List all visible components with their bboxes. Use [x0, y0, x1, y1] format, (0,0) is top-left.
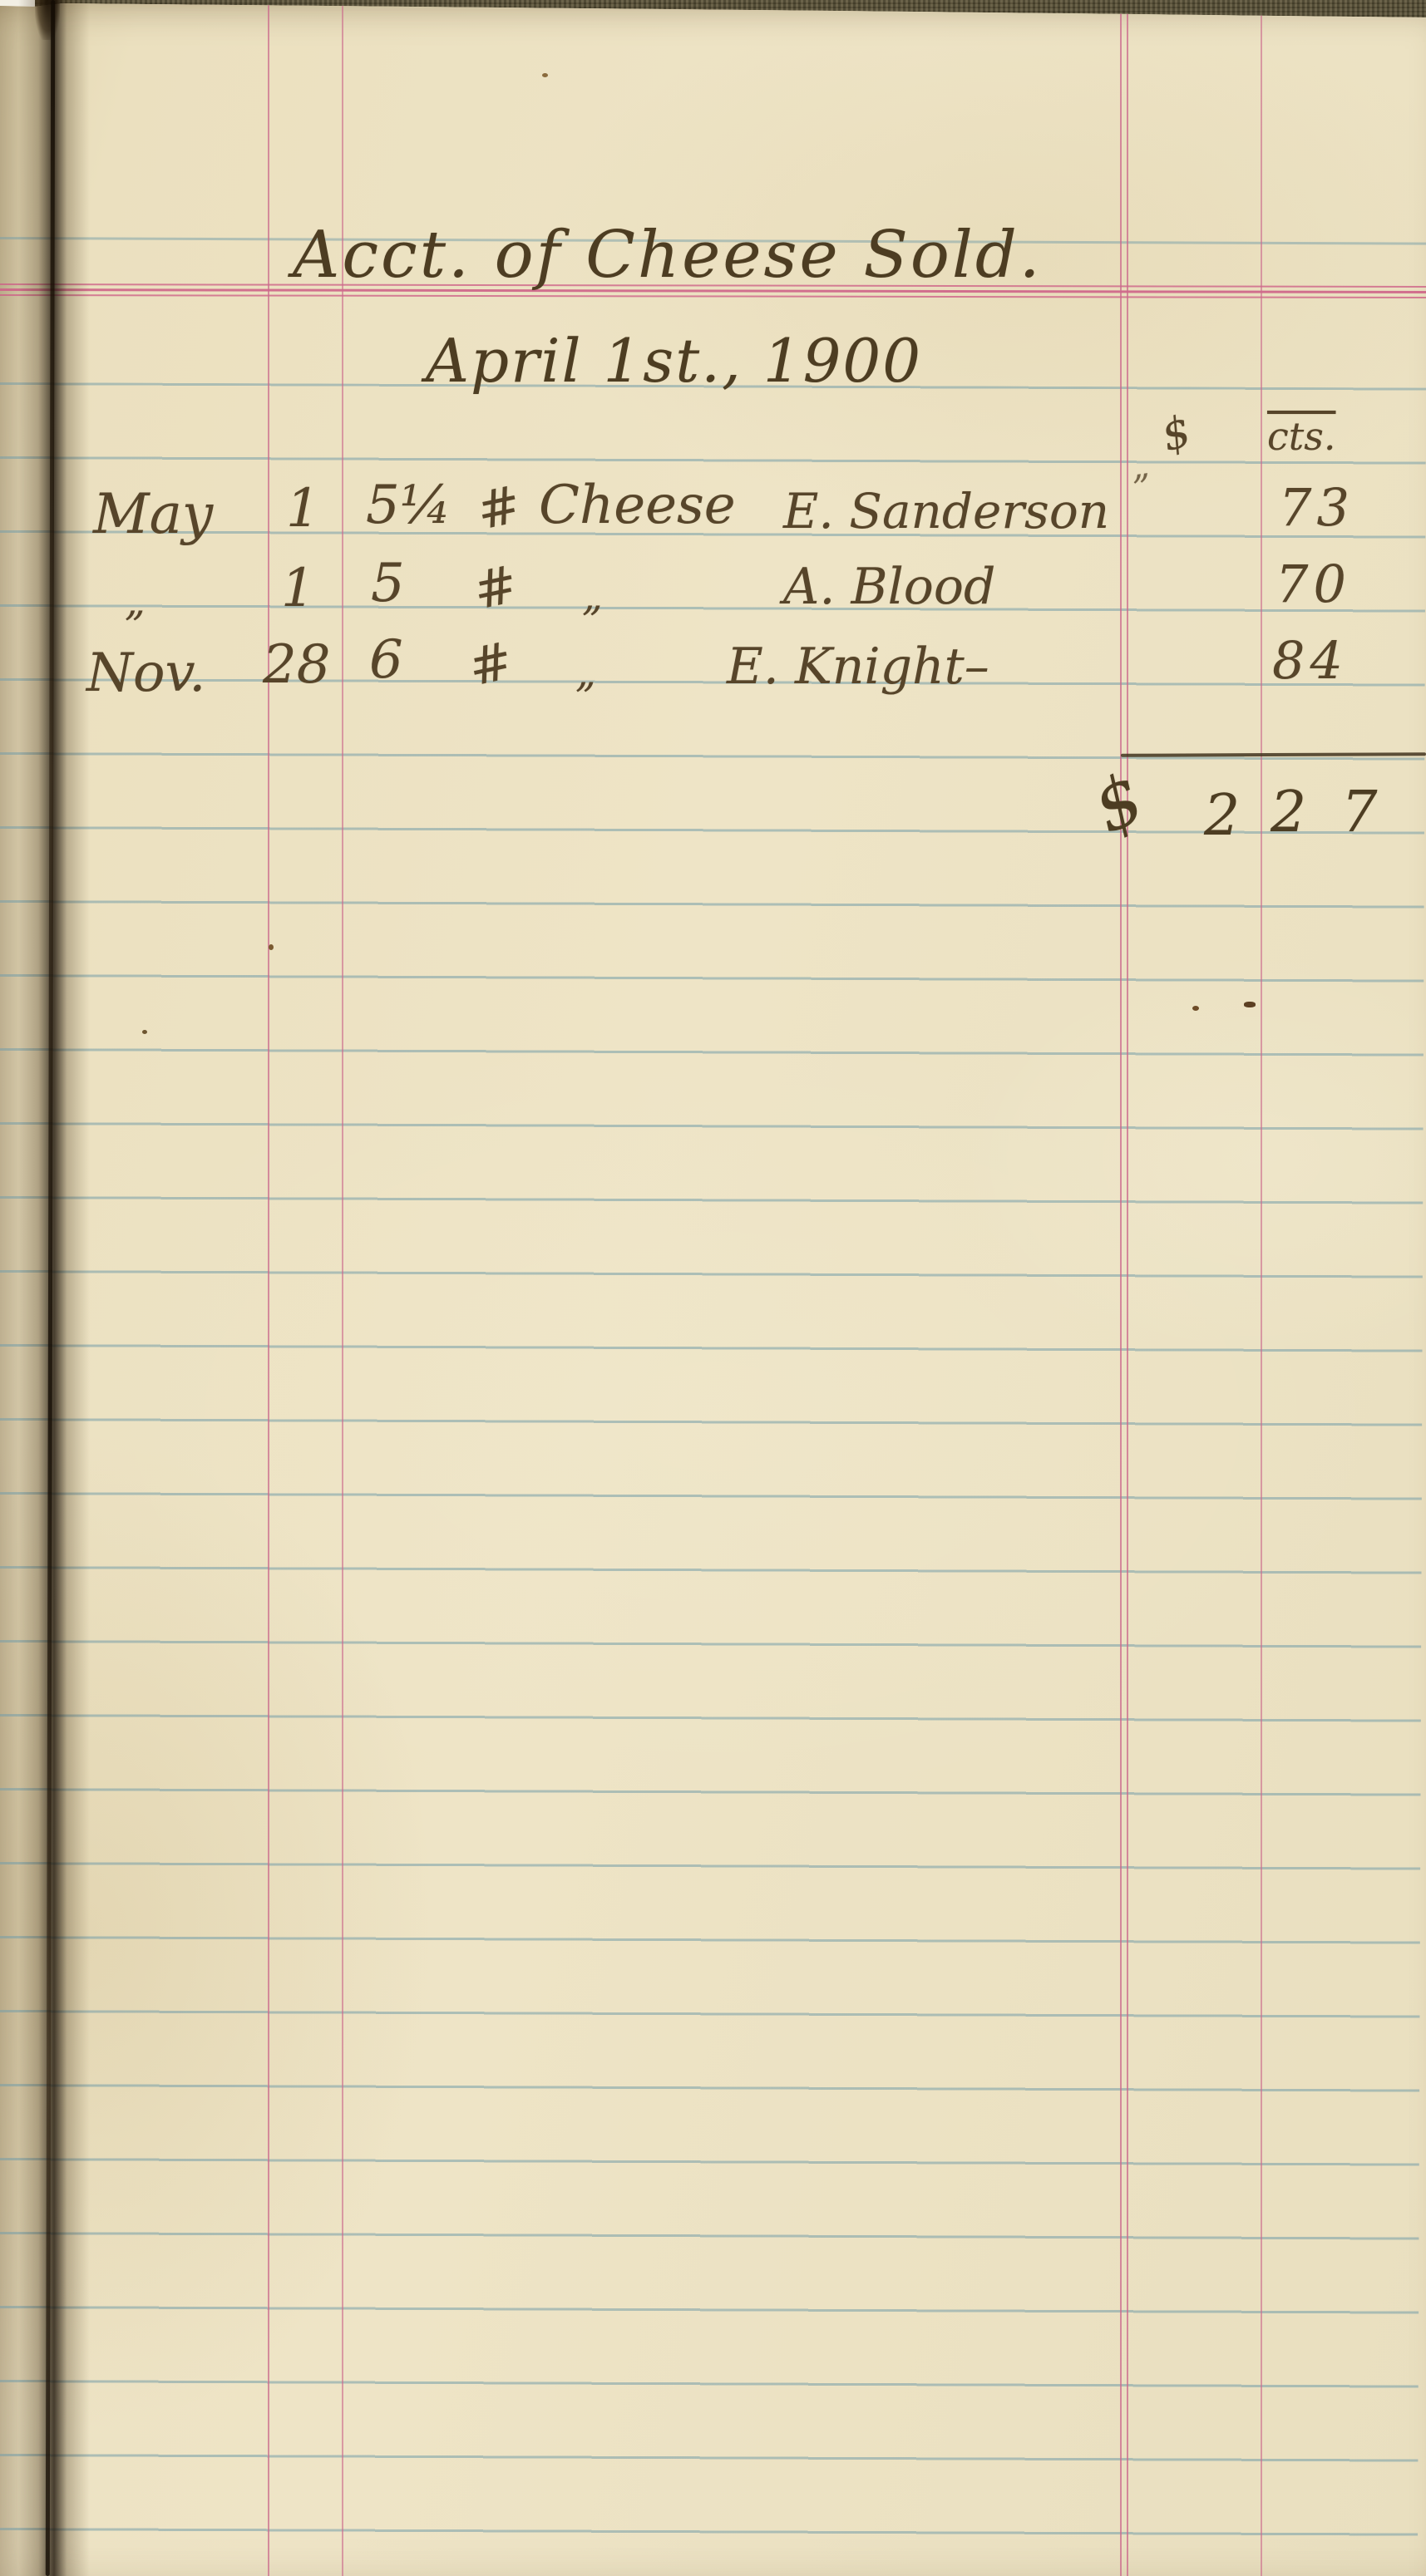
- entry-amount-cents: 84: [1272, 635, 1348, 687]
- entry-month-ditto: „: [125, 582, 146, 622]
- page-title: Acct. of Cheese Sold.: [293, 223, 1043, 288]
- entry-month: Nov.: [86, 647, 205, 700]
- entry-day: 28: [263, 638, 330, 692]
- entry-item-ditto: „: [575, 653, 596, 693]
- column-rule-date-right: [342, 3, 343, 2576]
- header-rule-pink: [0, 294, 1426, 298]
- paper-speck: [1244, 1002, 1256, 1007]
- column-header-cents-label: cts.: [1267, 417, 1335, 456]
- column-rule-date-left: [268, 3, 269, 2576]
- scanned-ledger-photo: Acct. of Cheese Sold. April 1st., 1900 $…: [0, 0, 1426, 2576]
- entry-day: 1: [281, 562, 315, 615]
- entry-item-ditto: „: [582, 577, 603, 617]
- entry-day: 1: [286, 482, 320, 535]
- column-rule-cents: [1261, 3, 1262, 2576]
- entry-item: Cheese: [539, 479, 736, 532]
- entry-quantity: 5¼: [366, 479, 451, 532]
- paper-speck: [1192, 1006, 1199, 1011]
- paper-speck: [142, 1030, 147, 1034]
- paper-speck: [542, 73, 548, 77]
- total-cents: 27: [1271, 785, 1413, 841]
- entry-buyer: A. Blood: [783, 562, 995, 612]
- entry-quantity: 6: [369, 633, 403, 687]
- entry-quantity: 5: [371, 557, 405, 610]
- column-rule-amount-inner: [1127, 3, 1128, 2576]
- entry-buyer: E. Sanderson: [783, 487, 1109, 535]
- ruled-lines-blue: [0, 382, 1426, 2549]
- entry-buyer: E. Knight–: [727, 642, 989, 692]
- paper-speck: [269, 944, 274, 950]
- date-line: April 1st., 1900: [426, 331, 922, 391]
- ledger-page: Acct. of Cheese Sold. April 1st., 1900 $…: [0, 0, 1426, 2576]
- total-dollars: 2: [1204, 788, 1240, 845]
- entry-month: May: [93, 487, 213, 542]
- entry-amount-cents: 70: [1276, 559, 1351, 610]
- column-rule-amount-outer: [1120, 3, 1122, 2576]
- entry-amount-cents: 73: [1279, 482, 1354, 534]
